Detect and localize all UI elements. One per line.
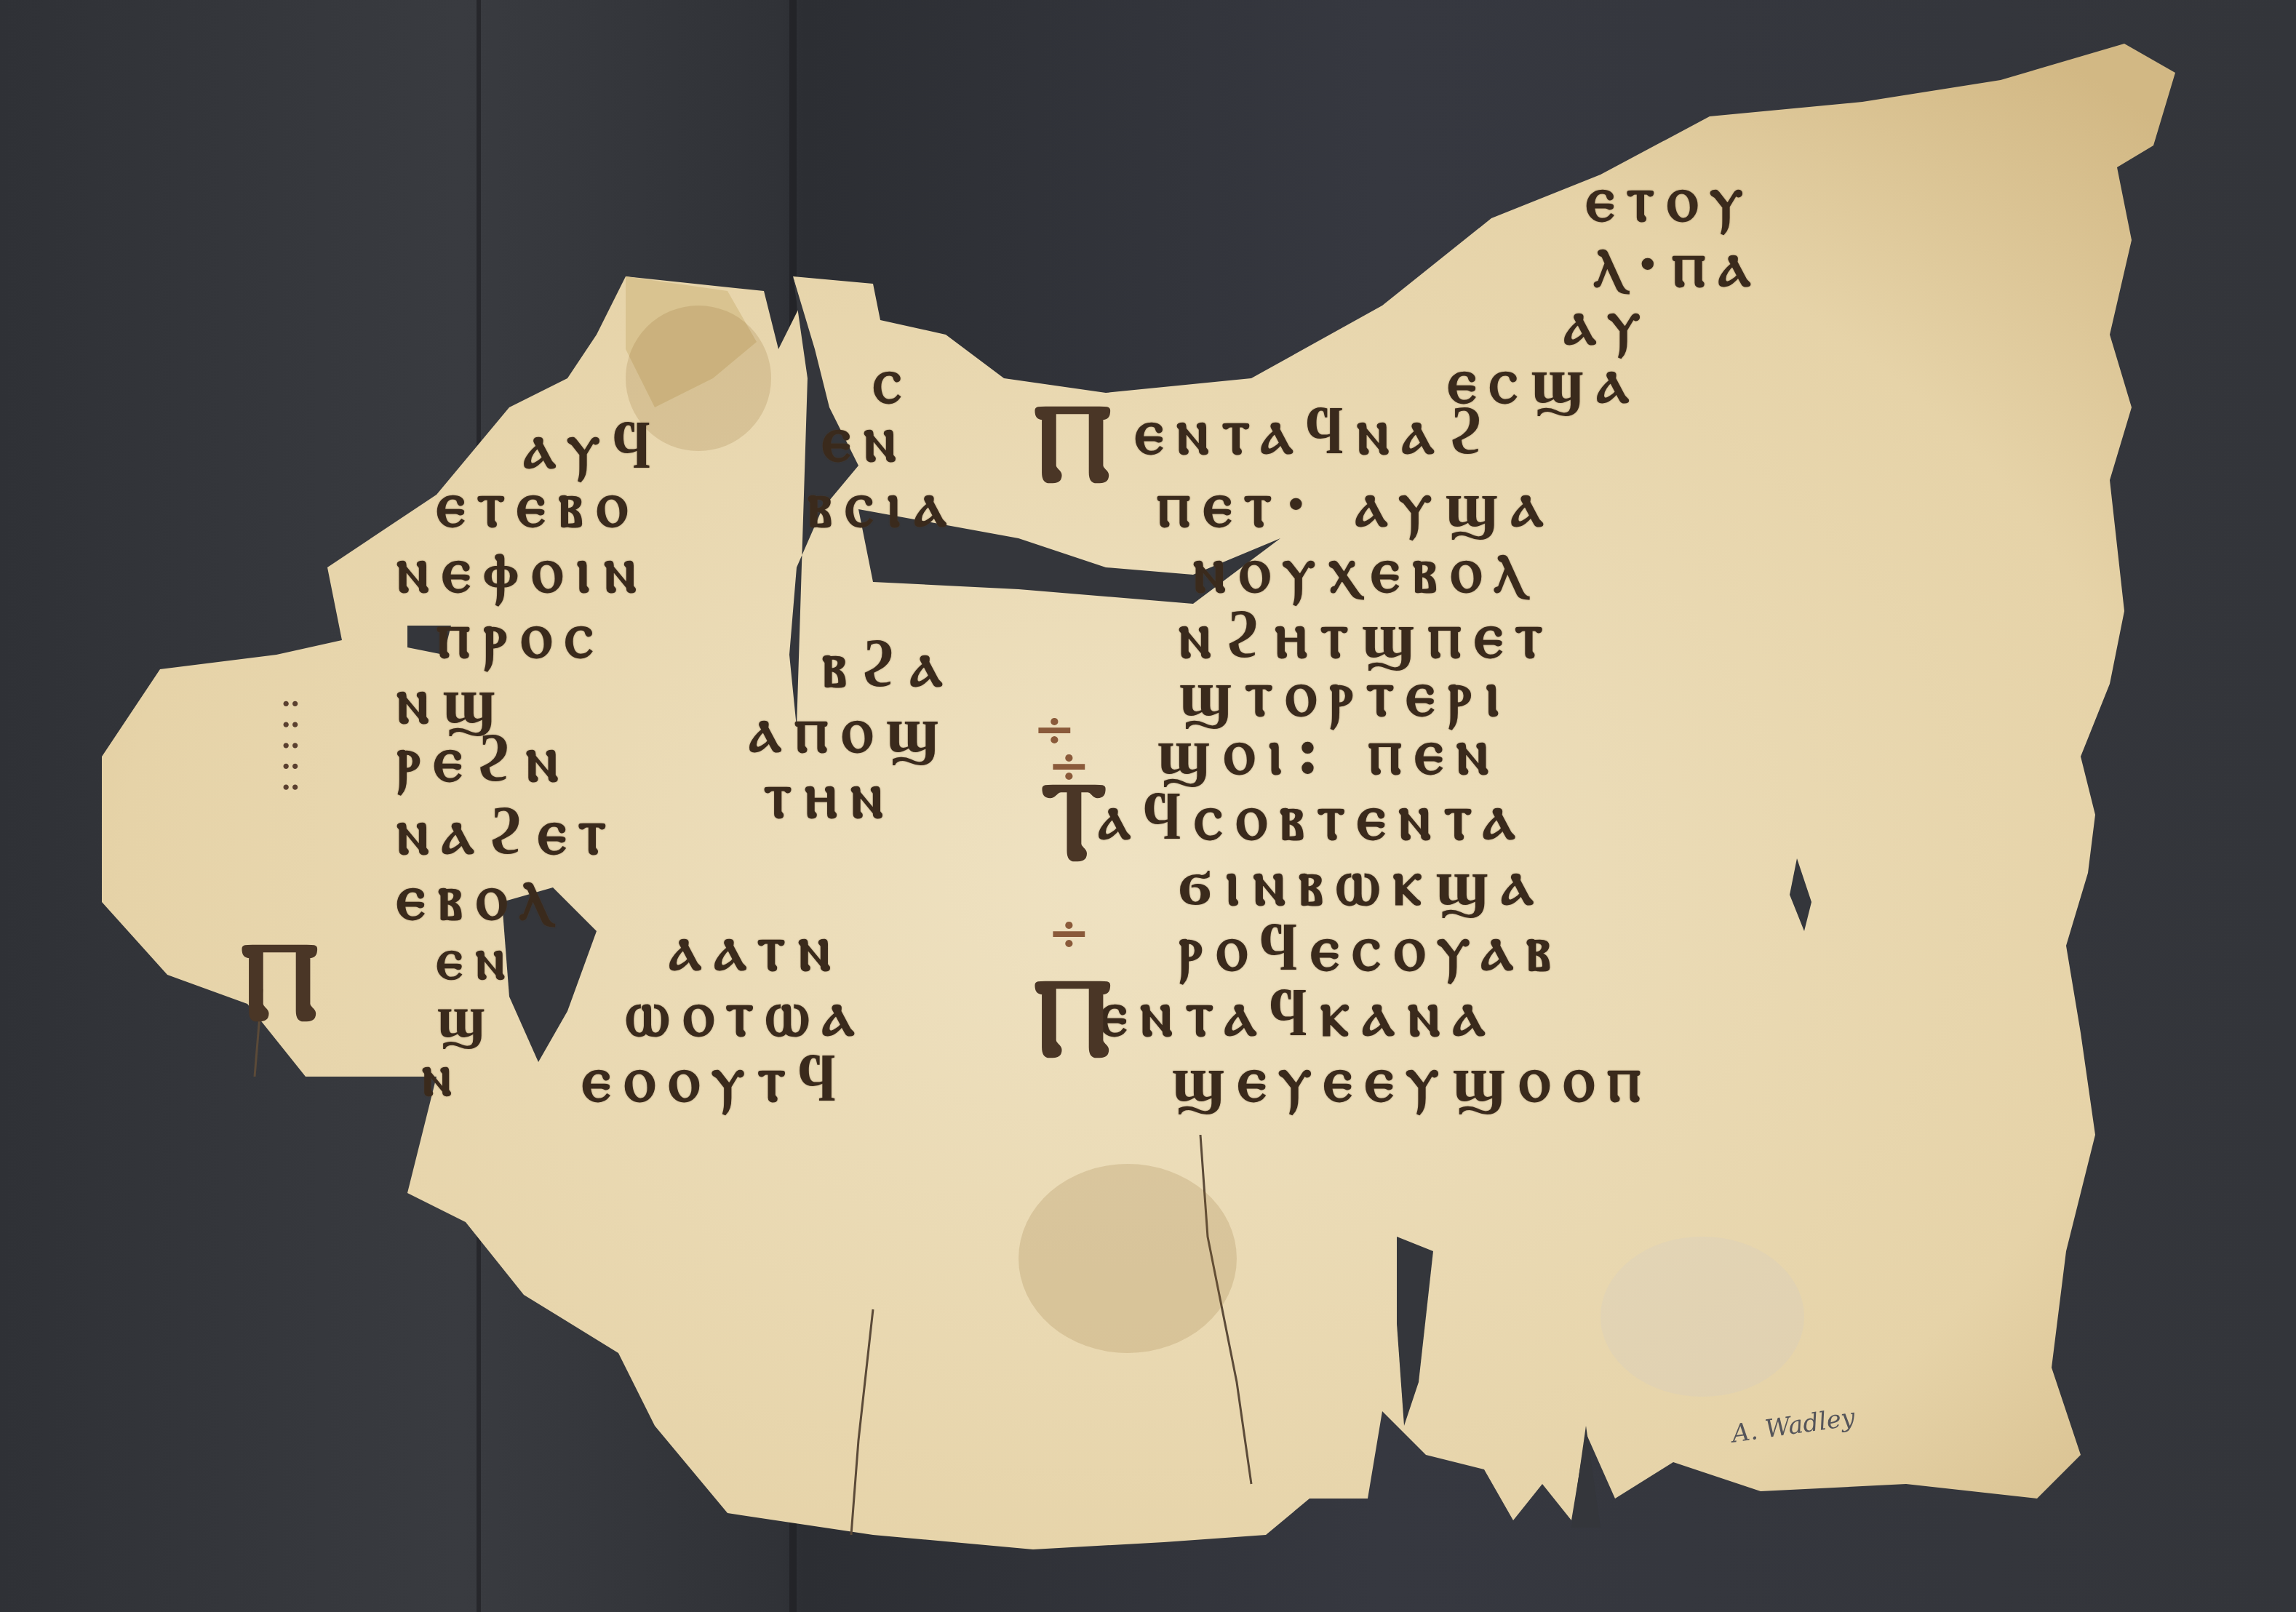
right-text-line: ϣⲉⲩⲉⲉⲩϣⲟⲟⲡ [1171, 1040, 1654, 1117]
left-text-line: ⲣⲉϩⲛ [396, 720, 571, 797]
initial-letter: Ⲡ [1033, 378, 1112, 508]
margin-dots: : : : : : [276, 698, 311, 793]
middle-text-line: ⲃⲥⲓⲁ [808, 466, 960, 543]
section-mark: ÷ [1048, 735, 1091, 795]
stain [1019, 1164, 1237, 1353]
section-mark: ÷ [1048, 902, 1091, 962]
initial-letter: Ⲡ [240, 917, 319, 1047]
stain [1601, 1237, 1804, 1397]
middle-text-line: ⲧⲏⲛ [764, 757, 896, 834]
left-text-line: ⲛ [422, 1040, 465, 1109]
middle-text-line: ⲉⲟⲟⲩⲧϥ [582, 1040, 849, 1117]
initial-letter: Ⲡ [1033, 953, 1112, 1083]
right-text-line: ⲉⲛⲧⲁϥⲛⲁϩ [1135, 393, 1498, 470]
